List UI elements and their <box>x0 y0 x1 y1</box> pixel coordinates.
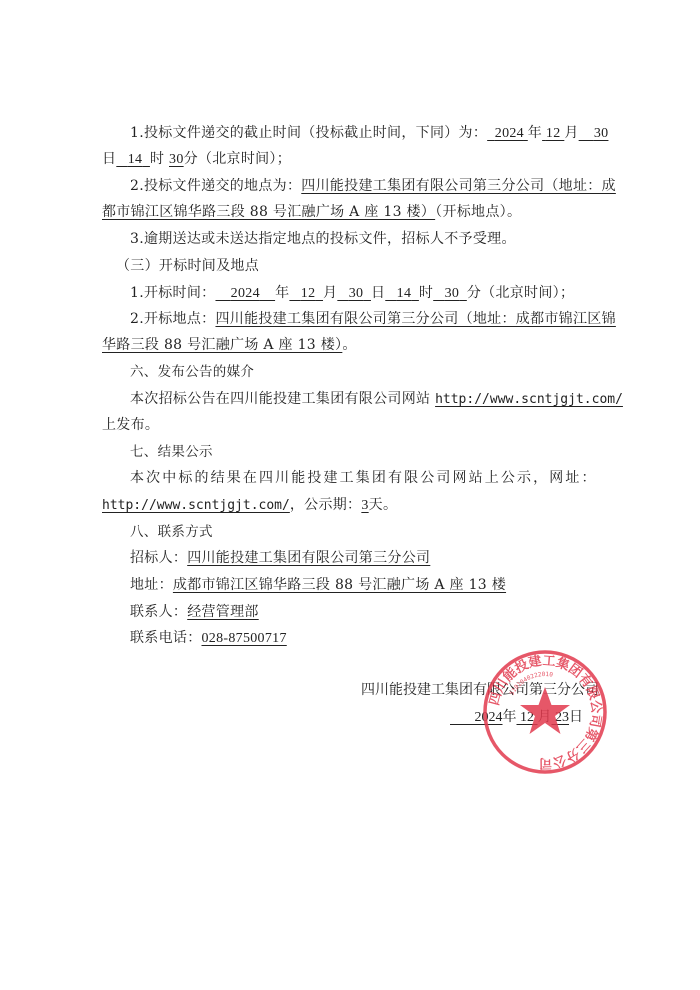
result-char: 投 <box>307 465 321 491</box>
deadline-hour: 14 <box>116 152 150 167</box>
place-value-part1: 四川能投建工集团有限公司第三分公司（地址：成 <box>301 178 616 194</box>
signature-company: 四川能投建工集团有限公司第三分公司 <box>361 677 599 703</box>
address-label: 地址： <box>130 577 173 593</box>
result-char: 中 <box>162 465 176 491</box>
result-char: 公 <box>420 465 434 491</box>
result-heading: 七、结果公示 <box>102 439 596 465</box>
period-value: 3 <box>361 498 368 513</box>
phone-value: 028-87500717 <box>202 631 287 646</box>
opening-place-value-part1: 四川能投建工集团有限公司第三分公司（地址：成都市锦江区锦 <box>215 311 615 327</box>
result-char: 团 <box>372 465 386 491</box>
result-char: 集 <box>356 465 370 491</box>
result-char: 公 <box>501 465 515 491</box>
result-char: 能 <box>291 465 305 491</box>
year-unit: 年 <box>275 285 289 301</box>
tenderer-row: 招标人：四川能投建工集团有限公司第三分公司 <box>102 545 596 571</box>
opening-year: 2024 <box>215 286 275 301</box>
hour-unit: 时 <box>419 285 433 301</box>
result-char: 结 <box>211 465 225 491</box>
phone-label: 联系电话： <box>130 630 202 646</box>
contact-person-row: 联系人：经营管理部 <box>102 599 596 625</box>
submission-place-line1: 2.投标文件递交的地点为：四川能投建工集团有限公司第三分公司（地址：成 <box>102 173 596 199</box>
result-char: 司 <box>436 465 450 491</box>
result-char: 建 <box>324 465 338 491</box>
result-char: 网 <box>453 465 467 491</box>
opening-time-suffix: （北京时间）； <box>481 285 574 301</box>
place-suffix: （开标地点）。 <box>435 204 521 220</box>
media-text-body: 本次招标公告在四川能投建工集团有限公司网站 <box>130 391 430 407</box>
result-url-link[interactable]: http://www.scntjgjt.com/ <box>102 498 290 513</box>
result-char: 示 <box>517 465 531 491</box>
signature-month: 12 <box>517 710 538 725</box>
result-char: 限 <box>404 465 418 491</box>
signature-date: 2024年 12 月 23日 <box>450 704 583 730</box>
submission-deadline-line1: 1.投标文件递交的截止时间（投标截止时间，下同）为： 2024 年 12 月 3… <box>102 120 596 146</box>
result-char: 标 <box>178 465 192 491</box>
result-char: ， <box>533 465 547 491</box>
period-label: ，公示期： <box>290 497 362 513</box>
month-unit: 月 <box>538 709 552 725</box>
deadline-minute: 30 <box>169 152 184 167</box>
deadline-month: 12 <box>542 126 564 141</box>
minute-unit: 分 <box>184 151 198 167</box>
media-url-link[interactable]: http://www.scntjgjt.com/ <box>435 392 623 407</box>
month-unit: 月 <box>564 125 578 141</box>
opening-minute: 30 <box>433 286 467 301</box>
opening-place-label: 2.开标地点： <box>130 311 215 327</box>
day-unit: 日 <box>569 709 583 725</box>
deadline-year: 2024 <box>487 126 528 141</box>
opening-time: 1.开标时间： 2024 年 12 月 30 日 14 时 30 分（北京时间）… <box>102 280 596 306</box>
place-value-part2: 都市锦江区锦华路三段 88 号汇融广场 A 座 13 楼） <box>102 204 435 220</box>
opening-hour: 14 <box>385 286 419 301</box>
contact-value: 经营管理部 <box>187 604 259 620</box>
opening-time-label: 1.开标时间： <box>130 285 215 301</box>
opening-month: 12 <box>289 286 323 301</box>
result-char: 上 <box>485 465 499 491</box>
deadline-day: 30 <box>579 126 609 141</box>
minute-unit: 分 <box>467 285 481 301</box>
result-text: 本次中标的结果在四川能投建工集团有限公司网站上公示，网址： <box>102 465 596 491</box>
submission-deadline-line2: 日 14 时 30分（北京时间）； <box>102 146 596 172</box>
day-unit: 日 <box>102 151 116 167</box>
result-char: 的 <box>195 465 209 491</box>
signature-day: 23 <box>552 710 570 725</box>
tenderer-label: 招标人： <box>130 550 187 566</box>
opening-place-line2: 华路三段 88 号汇融广场 A 座 13 楼）。 <box>102 332 596 358</box>
year-unit: 年 <box>528 125 542 141</box>
deadline-suffix: （北京时间）； <box>198 151 291 167</box>
result-char: 果 <box>227 465 241 491</box>
tenderer-value: 四川能投建工集团有限公司第三分公司 <box>187 550 430 566</box>
place-prefix: 2.投标文件递交的地点为： <box>130 178 301 194</box>
result-char: 网 <box>549 465 563 491</box>
result-char: 川 <box>275 465 289 491</box>
media-heading: 六、发布公告的媒介 <box>102 359 596 385</box>
deadline-prefix: 1.投标文件递交的截止时间（投标截止时间，下同）为： <box>130 125 487 141</box>
result-char: 四 <box>259 465 273 491</box>
hour-unit: 时 <box>150 151 164 167</box>
address-value: 成都市锦江区锦华路三段 88 号汇融广场 A 座 13 楼 <box>173 577 506 593</box>
result-char: 有 <box>388 465 402 491</box>
year-unit: 年 <box>503 709 517 725</box>
result-char: 次 <box>146 465 160 491</box>
phone-row: 联系电话：028-87500717 <box>102 625 596 651</box>
result-char: 站 <box>469 465 483 491</box>
submission-place-line2: 都市锦江区锦华路三段 88 号汇融广场 A 座 13 楼）（开标地点）。 <box>102 199 596 225</box>
result-char: ： <box>582 465 596 491</box>
opening-place-value-part2: 华路三段 88 号汇融广场 A 座 13 楼） <box>102 337 342 353</box>
media-text: 本次招标公告在四川能投建工集团有限公司网站 http://www.scntjgj… <box>102 386 596 412</box>
result-char: 在 <box>243 465 257 491</box>
address-row: 地址：成都市锦江区锦华路三段 88 号汇融广场 A 座 13 楼 <box>102 572 596 598</box>
result-char: 工 <box>340 465 354 491</box>
result-url-line: http://www.scntjgjt.com/，公示期：3天。 <box>102 492 596 518</box>
opening-place-line1: 2.开标地点：四川能投建工集团有限公司第三分公司（地址：成都市锦江区锦 <box>102 306 596 332</box>
result-char: 本 <box>130 465 144 491</box>
period-unit: 天。 <box>369 497 398 513</box>
signature-year: 2024 <box>450 710 503 725</box>
media-text-end: 上发布。 <box>102 412 596 438</box>
late-rule: 3.逾期送达或未送达指定地点的投标文件，招标人不予受理。 <box>102 226 596 252</box>
contact-label: 联系人： <box>130 604 187 620</box>
month-unit: 月 <box>323 285 337 301</box>
opening-heading: （三）开标时间及地点 <box>102 253 610 279</box>
contact-heading: 八、联系方式 <box>102 519 596 545</box>
opening-place-suffix: 。 <box>342 337 356 353</box>
result-char: 址 <box>565 465 579 491</box>
opening-day: 30 <box>337 286 371 301</box>
day-unit: 日 <box>371 285 385 301</box>
